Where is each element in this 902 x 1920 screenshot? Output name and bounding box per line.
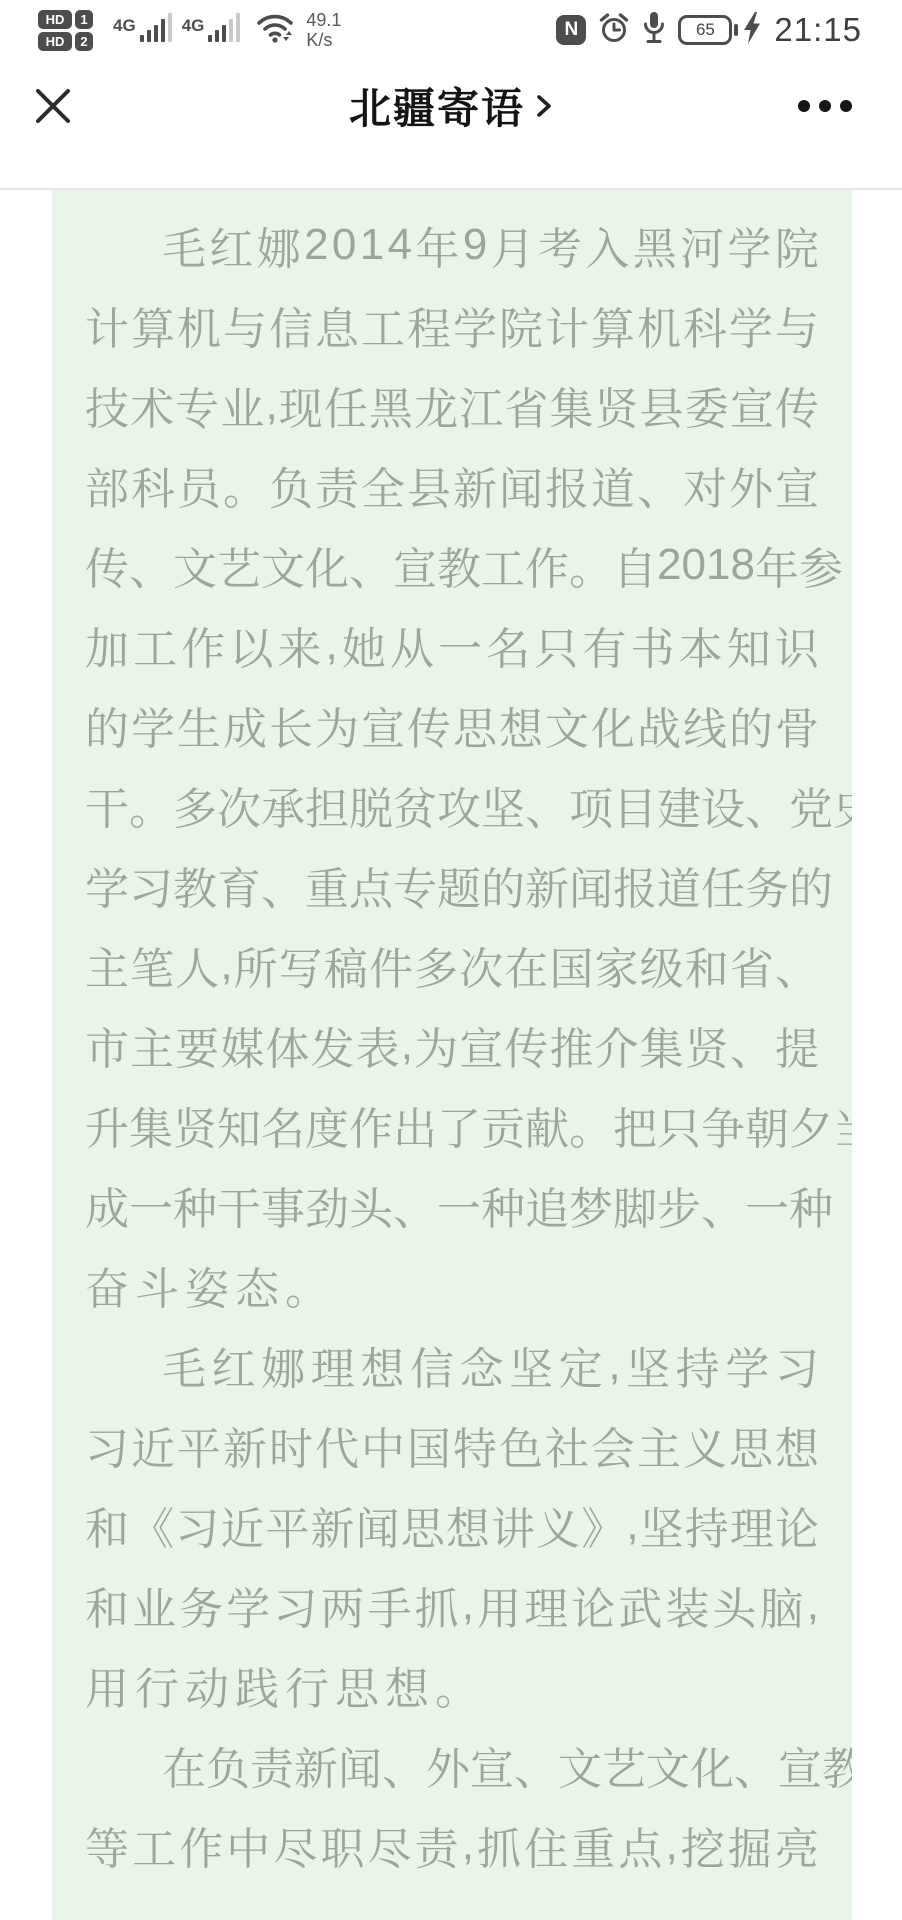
network-speed-unit: K/s	[306, 30, 341, 50]
article-line: 和业务学习两手抓,用理论武装头脑,	[85, 1565, 819, 1645]
microphone-icon	[642, 11, 666, 50]
article-line: 技术专业,现任黑龙江省集贤县委宣传	[85, 365, 819, 445]
sim1-signal-bars-icon	[140, 12, 172, 42]
article-line: 主笔人,所写稿件多次在国家级和省、	[85, 925, 819, 1005]
article-line: 加工作以来,她从一名只有书本知识	[85, 605, 819, 685]
article-line: 市主要媒体发表,为宣传推介集贤、提	[85, 1005, 819, 1085]
hd-badge-sim2: HD 2	[38, 32, 93, 51]
nfc-icon: N	[556, 15, 586, 45]
page-title[interactable]: 北疆寄语	[349, 76, 553, 136]
chevron-right-icon	[535, 89, 553, 123]
header-gap	[0, 152, 902, 188]
sim2-network-type: 4G	[182, 16, 205, 36]
title-bar: 北疆寄语	[0, 60, 902, 152]
more-options-icon	[840, 100, 852, 112]
article-line: 等工作中尽职尽责,抓住重点,挖掘亮	[85, 1805, 819, 1885]
sim1-signal: 4G	[113, 12, 172, 48]
article-line: 毛红娜2014年9月考入黑河学院	[85, 205, 819, 285]
network-speed-value: 49.1	[306, 10, 341, 30]
sim2-signal: 4G	[182, 12, 241, 48]
sim1-network-type: 4G	[113, 16, 136, 36]
sim2-signal-bars-icon	[208, 12, 240, 42]
article-card: 毛红娜2014年9月考入黑河学院计算机与信息工程学院计算机科学与技术专业,现任黑…	[52, 190, 852, 1920]
hd-badge-sim1: HD 1	[38, 10, 93, 29]
volte-hd-badges: HD 1 HD 2	[38, 10, 93, 51]
article-line: 学习教育、重点专题的新闻报道任务的	[85, 845, 819, 925]
charging-bolt-icon	[742, 12, 762, 49]
article-line: 部科员。负责全县新闻报道、对外宣	[85, 445, 819, 525]
sim1-number-badge: 1	[75, 10, 93, 29]
page-title-text: 北疆寄语	[349, 76, 525, 136]
article-line: 习近平新时代中国特色社会主义思想	[85, 1405, 819, 1485]
article-line: 奋斗姿态。	[85, 1245, 819, 1325]
close-icon	[33, 86, 73, 126]
more-options-button[interactable]	[798, 94, 852, 118]
network-speed: 49.1 K/s	[306, 10, 341, 50]
wifi-icon	[254, 10, 296, 49]
article-line: 用行动践行思想。	[85, 1645, 819, 1725]
alarm-icon	[598, 12, 630, 49]
clock-time: 21:15	[774, 11, 862, 49]
more-options-icon	[798, 100, 810, 112]
article-line: 毛红娜理想信念坚定,坚持学习	[85, 1325, 819, 1405]
status-bar: HD 1 HD 2 4G 4G	[0, 0, 902, 60]
status-left-group: HD 1 HD 2 4G 4G	[38, 10, 341, 51]
hd-icon: HD	[38, 10, 72, 29]
article-line: 升集贤知名度作出了贡献。把只争朝夕当	[85, 1085, 819, 1165]
hd-icon: HD	[38, 32, 72, 51]
article-line: 的学生成长为宣传思想文化战线的骨	[85, 685, 819, 765]
article-line: 和《习近平新闻思想讲义》,坚持理论	[85, 1485, 819, 1565]
article-line: 成一种干事劲头、一种追梦脚步、一种	[85, 1165, 819, 1245]
article-line: 干。多次承担脱贫攻坚、项目建设、党史	[85, 765, 819, 845]
battery-indicator: 65	[678, 12, 762, 49]
close-button[interactable]	[33, 86, 73, 126]
sim2-number-badge: 2	[75, 32, 93, 51]
article-line: 计算机与信息工程学院计算机科学与	[85, 285, 819, 365]
more-options-icon	[819, 100, 831, 112]
battery-level: 65	[696, 20, 715, 40]
article-body: 毛红娜2014年9月考入黑河学院计算机与信息工程学院计算机科学与技术专业,现任黑…	[85, 205, 819, 1885]
battery-cap	[734, 24, 738, 36]
article-line: 在负责新闻、外宣、文艺文化、宣教	[85, 1725, 819, 1805]
status-right-group: N 65	[544, 11, 862, 50]
article-line: 传、文艺文化、宣教工作。自2018年参	[85, 525, 819, 605]
battery-icon: 65	[678, 15, 732, 45]
